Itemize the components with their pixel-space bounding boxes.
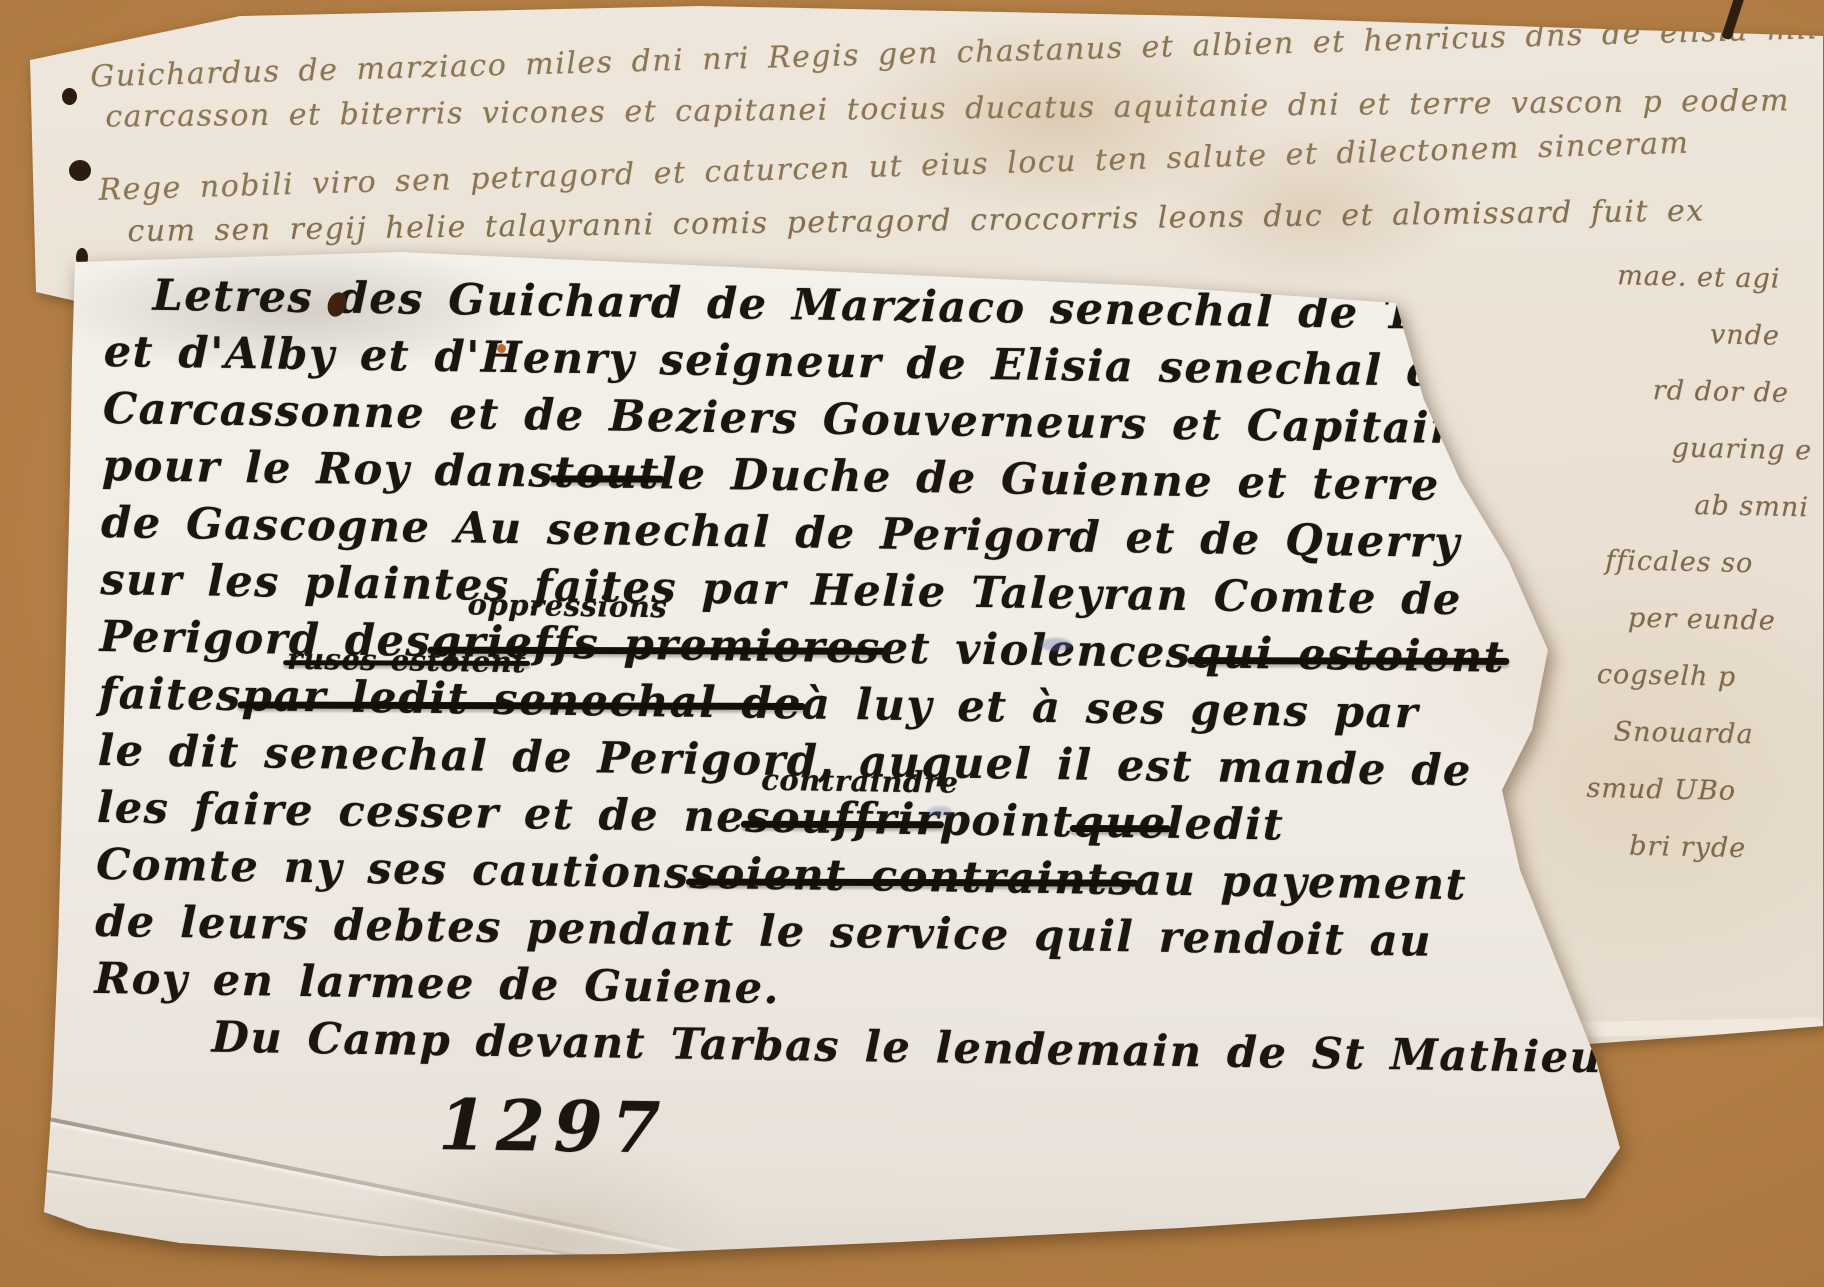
struck-text: par ledit senechal deruses estoient	[241, 671, 802, 729]
ink-speck	[1604, 908, 1613, 921]
struck-text: souffrircontraindre	[745, 793, 941, 846]
letter-text: le Duche de Guienne et terre	[659, 449, 1440, 511]
letter-text: et violences	[880, 624, 1192, 679]
interline-insertion: contraindre	[761, 763, 959, 800]
ink-speck	[1598, 808, 1610, 824]
interline-insertion: oppressions	[467, 587, 667, 624]
struck-text: tout	[554, 448, 660, 500]
blue-smudge	[1040, 638, 1072, 651]
letter-year: 1297	[438, 1083, 1553, 1180]
letter-lines: Letres des Guichard de Marziaco senechal…	[94, 270, 1565, 1033]
blue-smudge	[928, 806, 952, 817]
struck-text: soient contraints	[689, 849, 1134, 906]
letter-text: au payement	[1134, 855, 1468, 910]
letter-text: les faire cesser et de ne	[97, 783, 746, 843]
letter-text: Roy en larmee de Guiene.	[94, 954, 780, 1014]
letter-text: pour le Roy dans	[102, 441, 555, 498]
ink-dot	[497, 344, 506, 353]
photo-scene: Guichardus de marziaco miles dni nri Reg…	[0, 0, 1824, 1287]
interline-insertion: ruses estoient	[287, 642, 527, 680]
letter-text: Comte ny ses cautions	[96, 840, 690, 899]
letter-text: point	[940, 795, 1074, 847]
struck-text: qui estoient	[1191, 628, 1505, 683]
letter-text: faites	[98, 669, 242, 721]
letter-sheet-shadow: Letres des Guichard de Marziaco senechal…	[0, 0, 1824, 1287]
french-letter-sheet: Letres des Guichard de Marziaco senechal…	[0, 0, 1824, 1287]
letter-text: à luy et à ses gens par	[802, 679, 1420, 738]
letter-body: Letres des Guichard de Marziaco senechal…	[92, 270, 1565, 1180]
struck-text: que	[1073, 797, 1167, 848]
letter-text: ledit	[1166, 799, 1284, 851]
